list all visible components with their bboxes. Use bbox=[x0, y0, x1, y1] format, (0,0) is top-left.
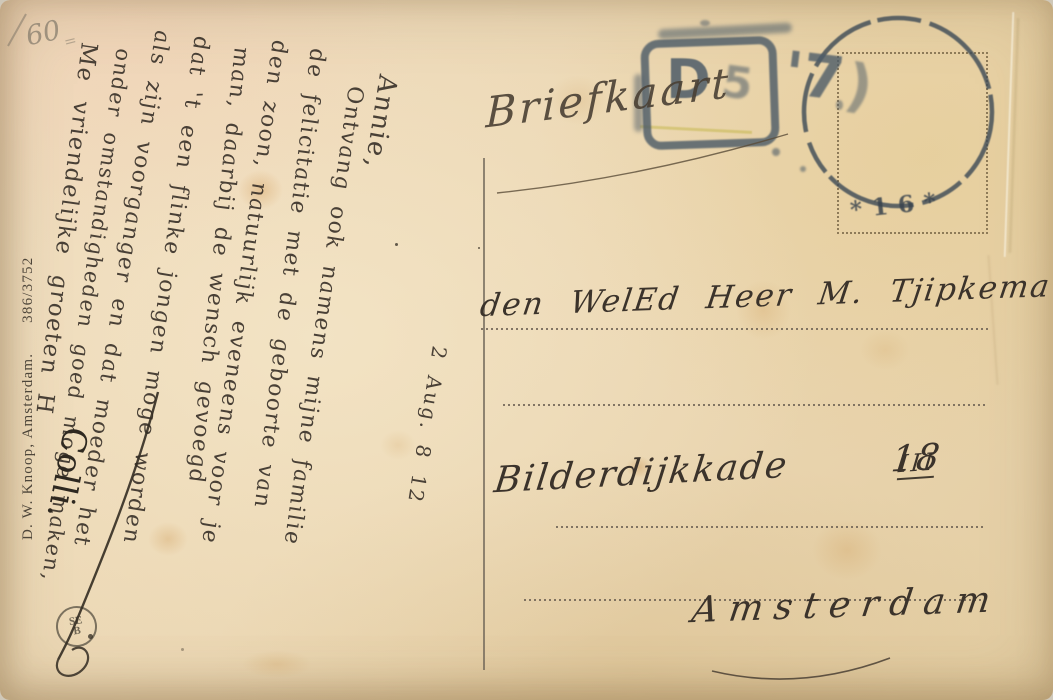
address-rule-2 bbox=[503, 404, 985, 406]
ink-smudge bbox=[772, 148, 780, 156]
publisher-number: 386/3752 bbox=[20, 257, 36, 323]
pencil-price-mark: 60 bbox=[23, 15, 63, 52]
address-rule-3 bbox=[556, 526, 984, 528]
ink-speck bbox=[88, 634, 93, 639]
ink-speck bbox=[478, 247, 480, 249]
ink-smudge bbox=[836, 100, 843, 110]
collector-monogram: SE B bbox=[53, 603, 99, 649]
paper-stain bbox=[812, 520, 882, 580]
paper-stain bbox=[242, 650, 312, 678]
address-city: Amsterdam bbox=[689, 579, 1004, 631]
paper-stain bbox=[860, 330, 910, 370]
ink-smudge bbox=[700, 20, 710, 26]
ink-speck bbox=[181, 648, 184, 651]
address-floor: III bbox=[897, 447, 938, 480]
ink-speck bbox=[395, 243, 398, 246]
message-date-note: 2 Aug. 8 12 bbox=[403, 346, 452, 504]
address-recipient: den WelEd Heer M. Tjipkema bbox=[478, 268, 1053, 324]
address-street: Bilderdijkkade 18 bbox=[492, 437, 944, 502]
postcard-back: D. W. Knoop, Amsterdam.386/3752 60 = *16… bbox=[0, 0, 1053, 700]
monogram-bottom: B bbox=[73, 626, 82, 637]
paper-stain bbox=[148, 522, 188, 556]
ink-smudge bbox=[800, 166, 806, 172]
divider-line bbox=[483, 158, 485, 670]
address-rule-1 bbox=[481, 328, 989, 330]
